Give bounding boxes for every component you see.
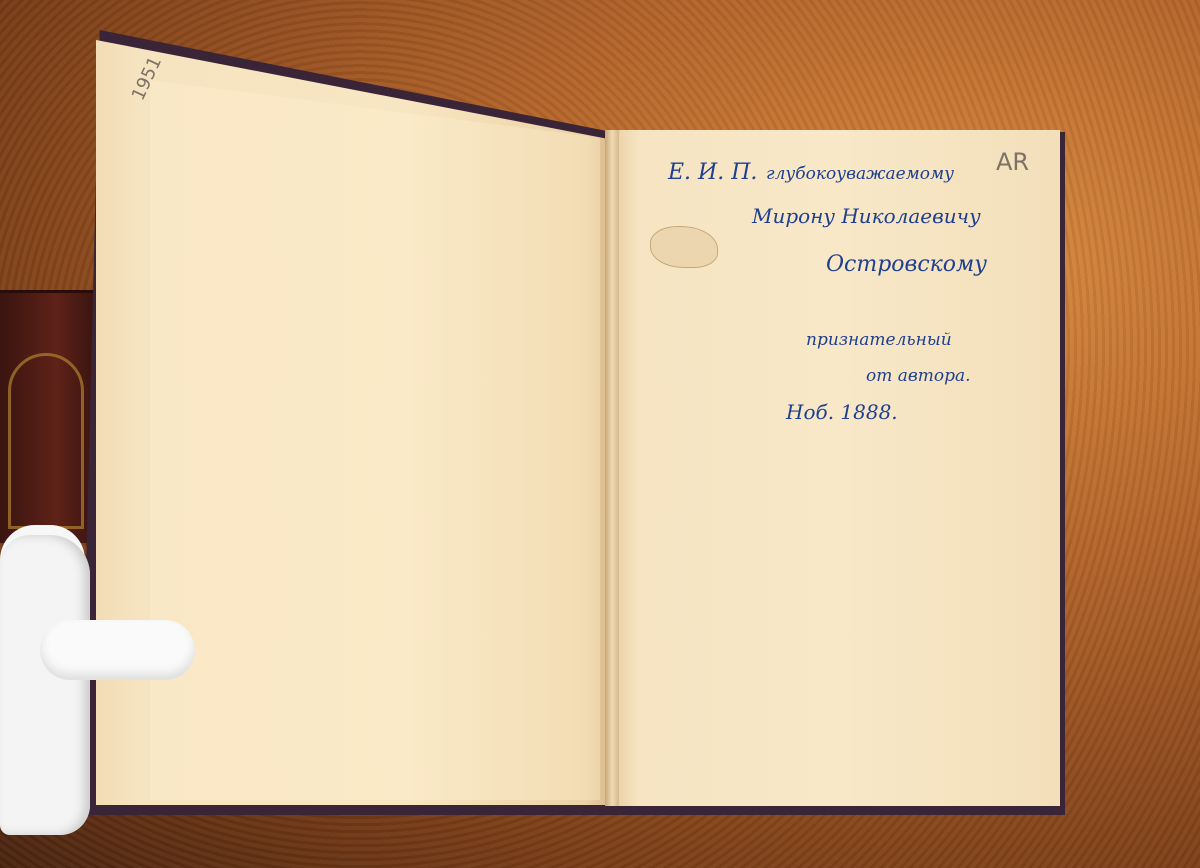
- left-page-panel: [150, 80, 600, 800]
- inscription-initials: Е. И. П.: [668, 160, 757, 185]
- inscription-date: Ноб. 1888.: [786, 400, 898, 424]
- inscription-line5: от автора.: [866, 366, 971, 386]
- inscription-line2: Мирону Николаевичу: [752, 204, 981, 228]
- paper-tear: [650, 226, 718, 268]
- inscription-line1: глубокоуважаемому: [766, 164, 954, 184]
- inscription-line4: признательный: [806, 330, 952, 350]
- pencil-mark: AR: [996, 148, 1029, 176]
- book-gutter: [605, 130, 619, 806]
- inscription-line3: Островскому: [826, 252, 987, 277]
- white-glove-hand: [0, 525, 195, 845]
- adjacent-book: [0, 290, 95, 543]
